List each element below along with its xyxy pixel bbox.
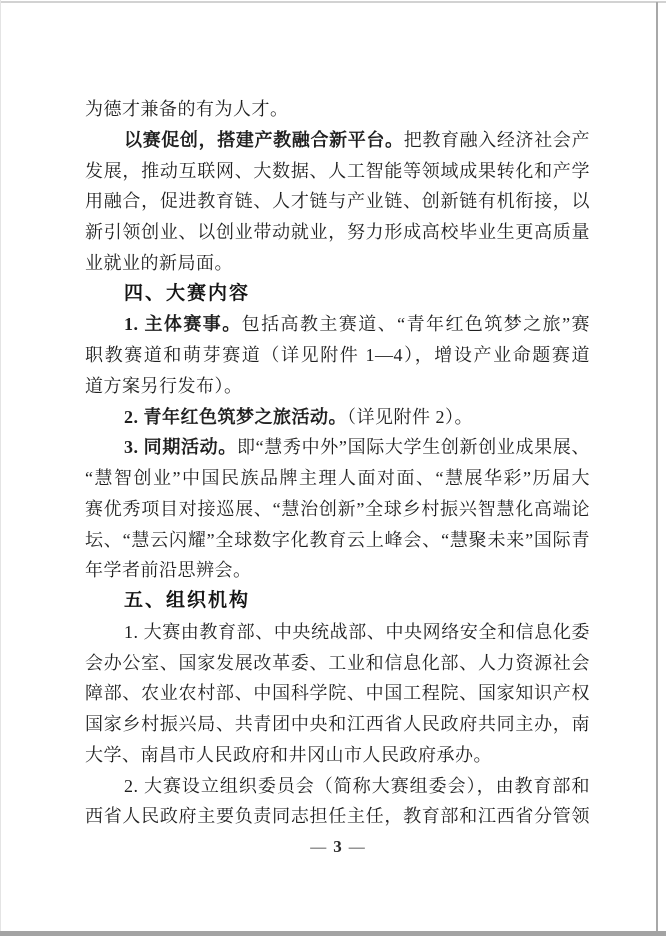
text-line: 赛优秀项目对接巡展、“慧治创新”全球乡村振兴智慧化高端论 bbox=[85, 494, 590, 525]
section-heading: 四、大赛内容 bbox=[85, 279, 590, 310]
text-line: 1. 大赛由教育部、中央统战部、中央网络安全和信息化委员 bbox=[85, 617, 590, 648]
bold-lead-in: 1. 主体赛事。 bbox=[124, 314, 242, 334]
document-page: 为德才兼备的有为人才。以赛促创，搭建产教融合新平台。把教育融入经济社会产业发展，… bbox=[0, 0, 666, 936]
scan-edge-top bbox=[0, 1, 666, 3]
bold-lead-in: 3. 同期活动。 bbox=[124, 437, 237, 457]
page-number-dash-left: — bbox=[310, 839, 326, 856]
paragraph: 2. 大赛设立组织委员会（简称大赛组委会），由教育部和江西省人民政府主要负责同志… bbox=[85, 771, 590, 833]
text-line: 国家乡村振兴局、共青团中央和江西省人民政府共同主办，南昌 bbox=[85, 709, 590, 740]
text-line: 五、组织机构 bbox=[85, 586, 590, 617]
text-line: 大学、南昌市人民政府和井冈山市人民政府承办。 bbox=[85, 740, 590, 771]
text-line: 职教赛道和萌芽赛道（详见附件 1—4），增设产业命题赛道（赛 bbox=[85, 340, 590, 371]
text-line: 以赛促创，搭建产教融合新平台。把教育融入经济社会产业 bbox=[85, 125, 590, 156]
text-line: 西省人民政府主要负责同志担任主任，教育部和江西省分管领导 bbox=[85, 801, 590, 832]
paragraph: 以赛促创，搭建产教融合新平台。把教育融入经济社会产业发展，推动互联网、大数据、人… bbox=[85, 125, 590, 279]
text-line: 四、大赛内容 bbox=[85, 279, 590, 310]
document-body: 为德才兼备的有为人才。以赛促创，搭建产教融合新平台。把教育融入经济社会产业发展，… bbox=[85, 94, 590, 832]
text-line: “慧智创业”中国民族品牌主理人面对面、“慧展华彩”历届大 bbox=[85, 463, 590, 494]
paragraph: 1. 大赛由教育部、中央统战部、中央网络安全和信息化委员会办公室、国家发展改革委… bbox=[85, 617, 590, 771]
text-line: 道方案另行发布）。 bbox=[85, 371, 590, 402]
text-line: 坛、“慧云闪耀”全球数字化教育云上峰会、“慧聚未来”国际青 bbox=[85, 525, 590, 556]
text-line: 2. 大赛设立组织委员会（简称大赛组委会），由教育部和江 bbox=[85, 771, 590, 802]
bold-lead-in: 2. 青年红色筑梦之旅活动。 bbox=[124, 407, 347, 427]
scan-edge-left bbox=[0, 0, 1, 936]
text-line: 新引领创业、以创业带动就业，努力形成高校毕业生更高质量创 bbox=[85, 217, 590, 248]
text-line: 2. 青年红色筑梦之旅活动。（详见附件 2）。 bbox=[85, 402, 590, 433]
paragraph: 2. 青年红色筑梦之旅活动。（详见附件 2）。 bbox=[85, 402, 590, 433]
section-heading: 五、组织机构 bbox=[85, 586, 590, 617]
paragraph: 3. 同期活动。即“慧秀中外”国际大学生创新创业成果展、“慧智创业”中国民族品牌… bbox=[85, 432, 590, 586]
page-number: —3— bbox=[85, 832, 590, 863]
text-line: 障部、农业农村部、中国科学院、中国工程院、国家知识产权局、 bbox=[85, 678, 590, 709]
text-line: 年学者前沿思辨会。 bbox=[85, 555, 590, 586]
text-line: 业就业的新局面。 bbox=[85, 248, 590, 279]
text-line: 为德才兼备的有为人才。 bbox=[85, 94, 590, 125]
paragraph: 为德才兼备的有为人才。 bbox=[85, 94, 590, 125]
paragraph: 1. 主体赛事。包括高教主赛道、“青年红色筑梦之旅”赛道、职教赛道和萌芽赛道（详… bbox=[85, 309, 590, 401]
scan-edge-right bbox=[656, 2, 658, 932]
page-number-value: 3 bbox=[333, 837, 342, 856]
text-line: 3. 同期活动。即“慧秀中外”国际大学生创新创业成果展、 bbox=[85, 432, 590, 463]
text-line: 会办公室、国家发展改革委、工业和信息化部、人力资源社会保 bbox=[85, 648, 590, 679]
text-line: 用融合，促进教育链、人才链与产业链、创新链有机衔接，以创 bbox=[85, 186, 590, 217]
text-line: 1. 主体赛事。包括高教主赛道、“青年红色筑梦之旅”赛道、 bbox=[85, 309, 590, 340]
bold-lead-in: 以赛促创，搭建产教融合新平台。 bbox=[124, 130, 404, 150]
page-number-dash-right: — bbox=[349, 839, 365, 856]
text-line: 发展，推动互联网、大数据、人工智能等领域成果转化和产学研 bbox=[85, 156, 590, 187]
scan-edge-bottom bbox=[0, 931, 666, 936]
